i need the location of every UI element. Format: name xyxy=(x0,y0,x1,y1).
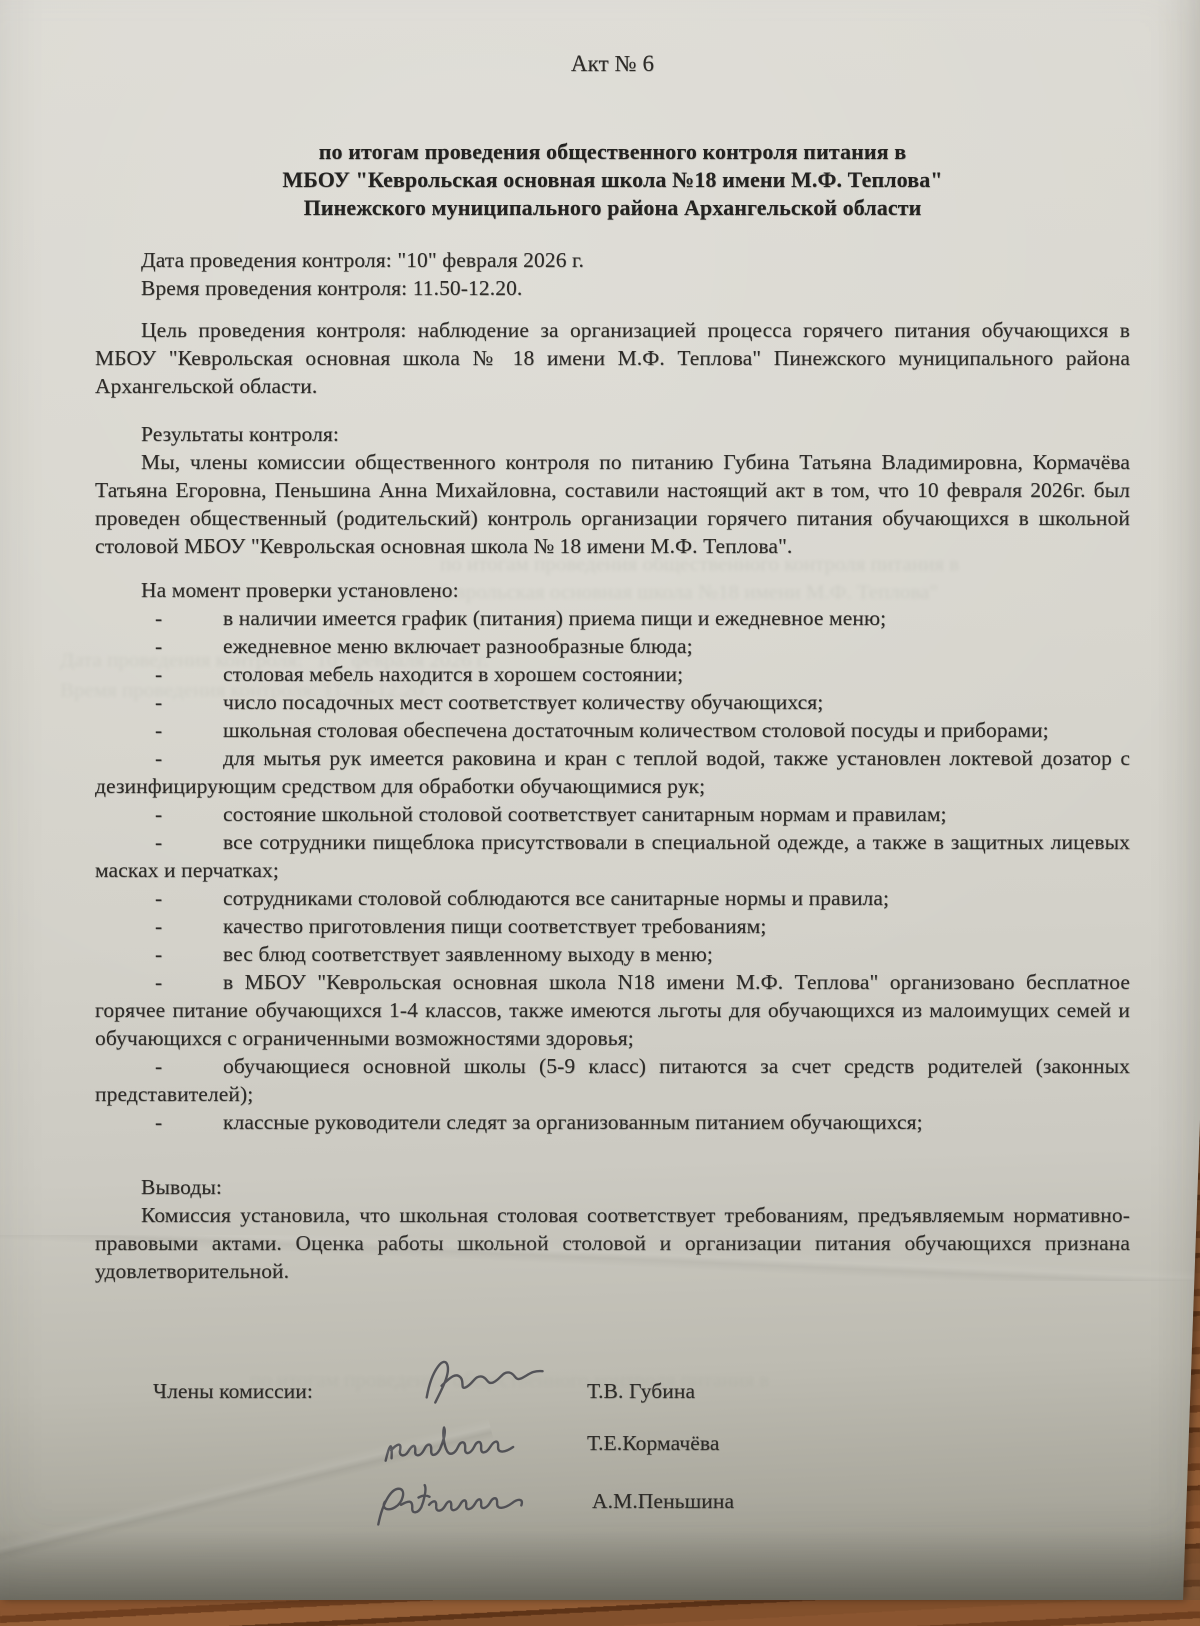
list-item: -школьная столовая обеспечена достаточны… xyxy=(95,716,1130,744)
list-item: -в наличии имеется график (питания) прие… xyxy=(95,604,1130,632)
findings-label: На момент проверки установлено: xyxy=(95,576,1130,604)
list-item-text: состояние школьной столовой соответствуе… xyxy=(223,802,947,826)
control-time-line: Время проведения контроля: 11.50-12.20. xyxy=(95,274,1130,302)
list-item-text: качество приготовления пищи соответствуе… xyxy=(223,914,766,938)
list-item: -столовая мебель находится в хорошем сос… xyxy=(95,660,1130,688)
list-dash: - xyxy=(155,632,162,660)
heading-line: МБОУ "Кеврольская основная школа №18 име… xyxy=(95,166,1130,194)
list-item-text: обучающиеся основной школы (5-9 класс) п… xyxy=(95,1054,1130,1106)
list-item-text: ежедневное меню включает разнообразные б… xyxy=(223,634,693,658)
list-item: -для мытья рук имеется раковина и кран с… xyxy=(95,744,1130,800)
results-label: Результаты контроля: xyxy=(95,420,1130,448)
doc-title: Акт № 6 xyxy=(95,50,1130,78)
control-meta: Дата проведения контроля: "10" февраля 2… xyxy=(95,246,1130,302)
conclusions-label: Выводы: xyxy=(95,1173,1130,1201)
list-item: -обучающиеся основной школы (5-9 класс) … xyxy=(95,1052,1130,1108)
heading-line: Пинежского муниципального района Арханге… xyxy=(95,194,1130,222)
list-dash: - xyxy=(155,688,162,716)
list-dash: - xyxy=(155,1052,162,1080)
signatures-block: Члены комиссии: Т.В. Губина Т.Е.Кормачёв… xyxy=(95,1355,1130,1600)
list-item-text: число посадочных мест соответствует коли… xyxy=(223,690,823,714)
list-item-text: сотрудниками столовой соблюдаются все са… xyxy=(223,886,889,910)
signature-kormachyova xyxy=(374,1413,537,1479)
member-name: Т.Е.Кормачёва xyxy=(587,1429,720,1457)
list-dash: - xyxy=(155,716,162,744)
document-content: Акт № 6 по итогам проведения общественно… xyxy=(95,0,1130,1600)
heading-line: по итогам проведения общественного контр… xyxy=(95,138,1130,166)
list-dash: - xyxy=(155,744,162,772)
list-dash: - xyxy=(155,940,162,968)
doc-heading: по итогам проведения общественного контр… xyxy=(95,138,1130,222)
list-item-text: столовая мебель находится в хорошем сост… xyxy=(223,662,683,686)
list-item: -число посадочных мест соответствует кол… xyxy=(95,688,1130,716)
list-item-text: в наличии имеется график (питания) прием… xyxy=(223,606,886,630)
list-item-text: вес блюд соответствует заявленному выход… xyxy=(223,942,713,966)
list-item-text: классные руководители следят за организо… xyxy=(223,1110,923,1134)
list-dash: - xyxy=(155,800,162,828)
list-item: -в МБОУ "Кеврольская основная школа N18 … xyxy=(95,968,1130,1052)
commission-members-label: Члены комиссии: xyxy=(153,1377,313,1405)
paper-wrapper: по итогам проведения общественного контр… xyxy=(0,0,1200,1600)
purpose-paragraph: Цель проведения контроля: наблюдение за … xyxy=(95,316,1130,400)
list-dash: - xyxy=(155,1108,162,1136)
document-paper: по итогам проведения общественного контр… xyxy=(0,0,1200,1600)
list-item-text: в МБОУ "Кеврольская основная школа N18 и… xyxy=(95,970,1130,1050)
list-dash: - xyxy=(155,828,162,856)
list-dash: - xyxy=(155,604,162,632)
list-item: -классные руководители следят за организ… xyxy=(95,1108,1130,1136)
member-name: Т.В. Губина xyxy=(587,1377,695,1405)
conclusions-paragraph: Комиссия установила, что школьная столов… xyxy=(95,1201,1130,1285)
list-item: -сотрудниками столовой соблюдаются все с… xyxy=(95,884,1130,912)
member-name: А.М.Пеньшина xyxy=(592,1487,734,1515)
list-dash: - xyxy=(155,912,162,940)
list-item: -состояние школьной столовой соответству… xyxy=(95,800,1130,828)
list-item: -все сотрудники пищеблока присутствовали… xyxy=(95,828,1130,884)
list-dash: - xyxy=(155,884,162,912)
signature-penshina xyxy=(361,1467,550,1540)
list-item: -вес блюд соответствует заявленному выхо… xyxy=(95,940,1130,968)
list-item-text: школьная столовая обеспечена достаточным… xyxy=(223,718,1049,742)
list-item: -ежедневное меню включает разнообразные … xyxy=(95,632,1130,660)
findings-list: -в наличии имеется график (питания) прие… xyxy=(95,604,1130,1136)
list-dash: - xyxy=(155,968,162,996)
list-dash: - xyxy=(155,660,162,688)
list-item-text: все сотрудники пищеблока присутствовали … xyxy=(95,830,1130,882)
control-date-line: Дата проведения контроля: "10" февраля 2… xyxy=(95,246,1130,274)
list-item-text: для мытья рук имеется раковина и кран с … xyxy=(95,746,1130,798)
photo-scene: по итогам проведения общественного контр… xyxy=(0,0,1200,1600)
list-item: -качество приготовления пищи соответству… xyxy=(95,912,1130,940)
results-paragraph: Мы, члены комиссии общественного контрол… xyxy=(95,448,1130,560)
signature-gubina xyxy=(404,1339,570,1417)
